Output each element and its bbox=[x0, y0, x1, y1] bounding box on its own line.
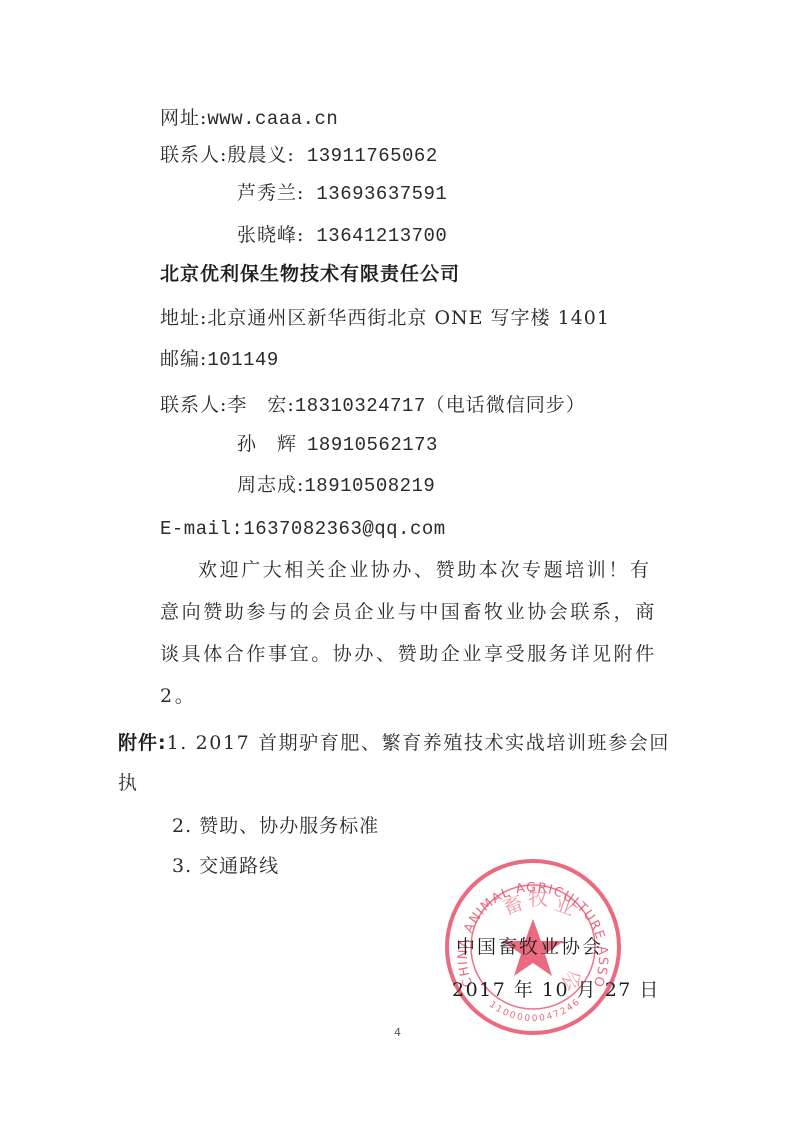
company-contact-line-1: 联系人:李 宏:18310324717（电话微信同步） bbox=[160, 393, 586, 418]
contact-phone: 13641213700 bbox=[316, 225, 447, 247]
company-contact-line-3: 周志成:18910508219 bbox=[237, 473, 435, 498]
contact-name: 张晓峰: bbox=[237, 224, 304, 246]
contact-name: 孙 辉 bbox=[237, 433, 297, 455]
contact-name: 殷晨义: bbox=[227, 144, 294, 166]
contact-label: 联系人: bbox=[160, 144, 227, 166]
postcode-label: 邮编: bbox=[160, 348, 207, 370]
svg-text:牧: 牧 bbox=[528, 886, 548, 910]
email-link[interactable]: 1637082363@qq.com bbox=[243, 518, 445, 540]
address-label: 地址: bbox=[160, 307, 207, 329]
postcode-value: 101149 bbox=[207, 349, 278, 371]
contact-name: 周志成: bbox=[237, 474, 304, 496]
contact-phone: 13911765062 bbox=[307, 145, 438, 167]
signature-organization: 中国畜牧业协会 bbox=[456, 935, 603, 959]
sponsorship-paragraph: 欢迎广大相关企业协办、赞助本次专题培训！有意向赞助参与的会员企业与中国畜牧业协会… bbox=[160, 549, 660, 717]
contact-phone: 18910562173 bbox=[307, 434, 438, 456]
contact-phone: 18910508219 bbox=[304, 475, 435, 497]
attachment-item-2: 2. 赞助、协办服务标准 bbox=[172, 814, 379, 838]
attachment-text: 1. 2017 首期驴育肥、繁育养殖技术实战培训班参会回 bbox=[167, 732, 670, 754]
company-postcode-line: 邮编:101149 bbox=[160, 347, 279, 372]
company-address-line: 地址:北京通州区新华西街北京 ONE 写字楼 1401 bbox=[160, 306, 610, 330]
contact-note: （电话微信同步） bbox=[426, 394, 586, 416]
attachment-item-1-continued: 执 bbox=[118, 771, 138, 795]
attachment-item-1: 附件:1. 2017 首期驴育肥、繁育养殖技术实战培训班参会回 bbox=[118, 731, 670, 755]
attachment-item-3: 3. 交通路线 bbox=[172, 854, 279, 878]
company-contact-line-2: 孙 辉18910562173 bbox=[237, 432, 438, 457]
email-label: E-mail: bbox=[160, 518, 243, 540]
caaa-contact-line-3: 张晓峰:13641213700 bbox=[237, 223, 447, 248]
website-label: 网址: bbox=[160, 107, 207, 129]
address-value: 北京通州区新华西街北京 ONE 写字楼 1401 bbox=[207, 307, 610, 329]
website-line: 网址:www.caaa.cn bbox=[160, 106, 338, 131]
caaa-contact-line-1: 联系人:殷晨义:13911765062 bbox=[160, 143, 438, 168]
contact-name: 芦秀兰: bbox=[237, 182, 304, 204]
page-number: 4 bbox=[394, 1026, 401, 1039]
contact-name: 李 宏: bbox=[227, 394, 294, 416]
signature-date: 2017 年 10 月 27 日 bbox=[452, 978, 660, 1002]
contact-phone: 18310324717 bbox=[295, 395, 426, 417]
contact-label: 联系人: bbox=[160, 394, 227, 416]
company-name: 北京优利保生物技术有限责任公司 bbox=[160, 262, 460, 286]
company-email-line: E-mail:1637082363@qq.com bbox=[160, 516, 446, 541]
attachments-label: 附件: bbox=[118, 732, 167, 754]
caaa-contact-line-2: 芦秀兰:13693637591 bbox=[237, 181, 447, 206]
contact-phone: 13693637591 bbox=[316, 183, 447, 205]
website-link[interactable]: www.caaa.cn bbox=[207, 108, 338, 130]
